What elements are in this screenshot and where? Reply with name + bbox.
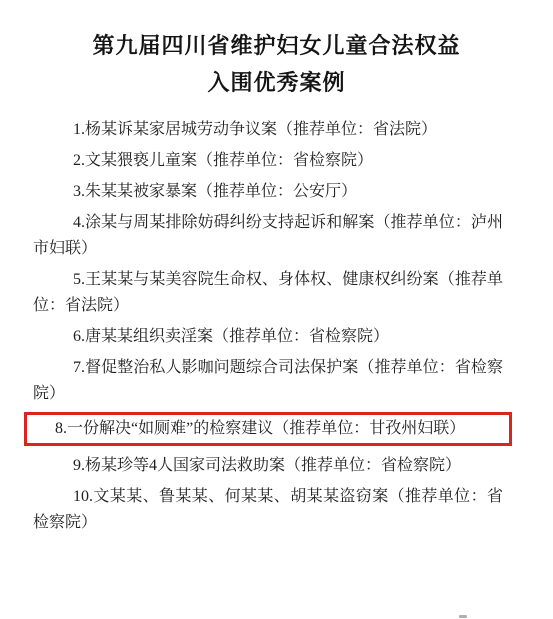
case-item: 9.杨某珍等4人国家司法救助案（推荐单位：省检察院） (33, 453, 503, 479)
case-item: 5.王某某与某美容院生命权、身体权、健康权纠纷案（推荐单位：省法院） (33, 267, 503, 319)
case-list: 1.杨某诉某家居城劳动争议案（推荐单位：省法院）2.文某猥亵儿童案（推荐单位：省… (33, 117, 503, 536)
case-item: 7.督促整治私人影咖问题综合司法保护案（推荐单位：省检察院） (33, 355, 503, 407)
case-item-highlighted: 8.一份解决“如厕难”的检察建议（推荐单位：甘孜州妇联） (24, 412, 512, 446)
case-item: 3.朱某某被家暴案（推荐单位：公安厅） (33, 179, 503, 205)
case-item: 10.文某某、鲁某某、何某某、胡某某盗窃案（推荐单位：省检察院） (33, 484, 503, 536)
case-item: 2.文某猥亵儿童案（推荐单位：省检察院） (33, 148, 503, 174)
page-title: 第九届四川省维护妇女儿童合法权益 入围优秀案例 (0, 0, 553, 101)
case-item: 1.杨某诉某家居城劳动争议案（推荐单位：省法院） (33, 117, 503, 143)
page-title-line2: 入围优秀案例 (0, 64, 553, 101)
document-page: 第九届四川省维护妇女儿童合法权益 入围优秀案例 1.杨某诉某家居城劳动争议案（推… (0, 0, 553, 619)
case-item: 4.涂某与周某排除妨碍纠纷支持起诉和解案（推荐单位：泸州市妇联） (33, 210, 503, 262)
case-item: 6.唐某某组织卖淫案（推荐单位：省检察院） (33, 324, 503, 350)
page-title-line1: 第九届四川省维护妇女儿童合法权益 (0, 27, 553, 64)
scan-artifact (459, 615, 467, 618)
